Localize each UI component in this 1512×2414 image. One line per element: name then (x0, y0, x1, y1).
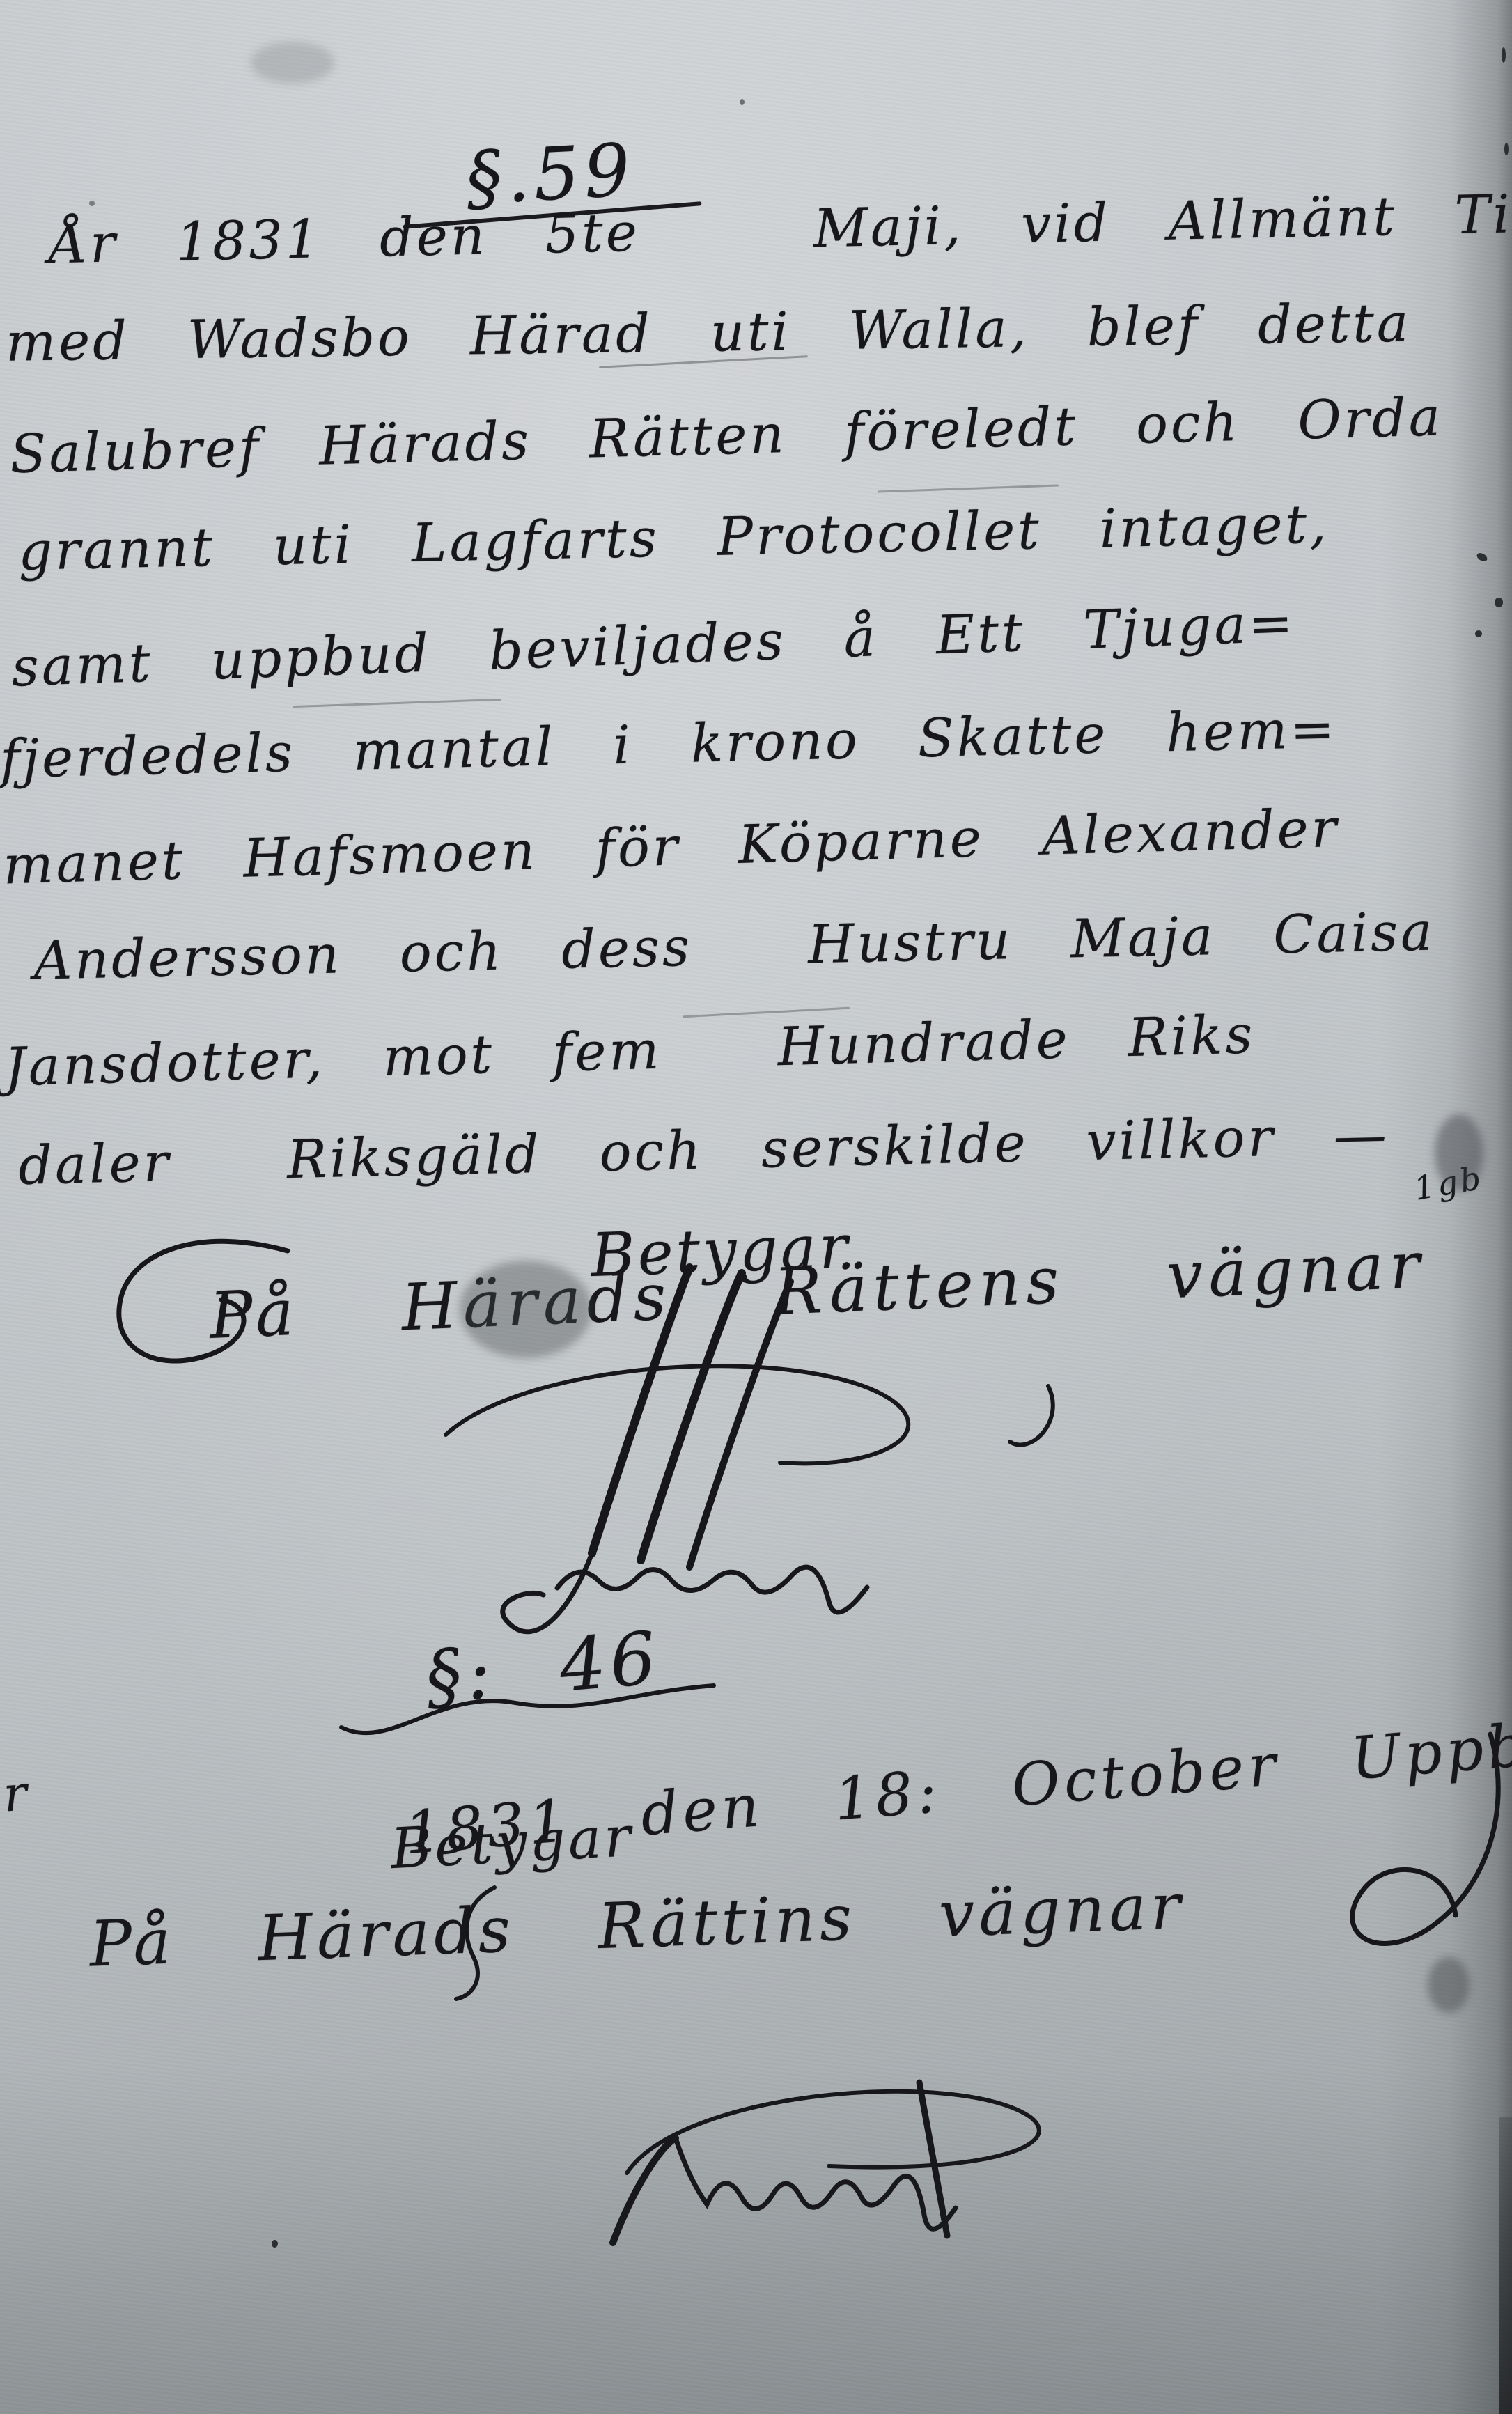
photo-edge-shadow-right (1499, 2117, 1512, 2414)
record-line: fjerdedels mantal i krono Skatte hem= (0, 690, 1512, 790)
ink-speck (1502, 47, 1506, 63)
record-line: Jansdotter, mot fem Hundrade Riks (0, 992, 1512, 1098)
ink-speck (89, 201, 95, 206)
stray-pencil-stroke (293, 699, 501, 708)
ink-speck (1504, 143, 1509, 155)
record-line: grannt uti Lagfarts Protocollet intaget, (0, 485, 1512, 583)
record-line: Andersson och dess Hustru Maja Caisa (0, 894, 1512, 992)
paper-stain (1435, 1114, 1483, 1191)
stray-pencil-stroke (878, 484, 1059, 492)
record-line: manet Hafsmoen för Köparne Alexander (0, 787, 1512, 896)
document-photo: §.59 År 1831 den 5te Maji, vid Allmänt T… (0, 0, 1512, 2414)
record-line: med Wadsbo Härad uti Walla, blef detta (0, 288, 1512, 373)
ink-speck (1495, 598, 1503, 607)
paper-stain (1428, 1957, 1470, 2013)
paper-stain (460, 1261, 592, 1358)
record-line: samt uppbud beviljades å Ett Tjuga= (0, 578, 1512, 699)
record-line: Salubref Härads Rätten föreledt och Orda (0, 379, 1512, 485)
ink-speck (1476, 552, 1489, 563)
ink-speck (272, 2240, 278, 2248)
signature-bottom-icon (529, 2062, 1198, 2312)
ink-speck (1475, 630, 1482, 637)
record-line: daler Riksgäld och serskilde villkor — (0, 1096, 1512, 1197)
ink-speck (740, 99, 745, 105)
paper-stain (251, 42, 334, 84)
